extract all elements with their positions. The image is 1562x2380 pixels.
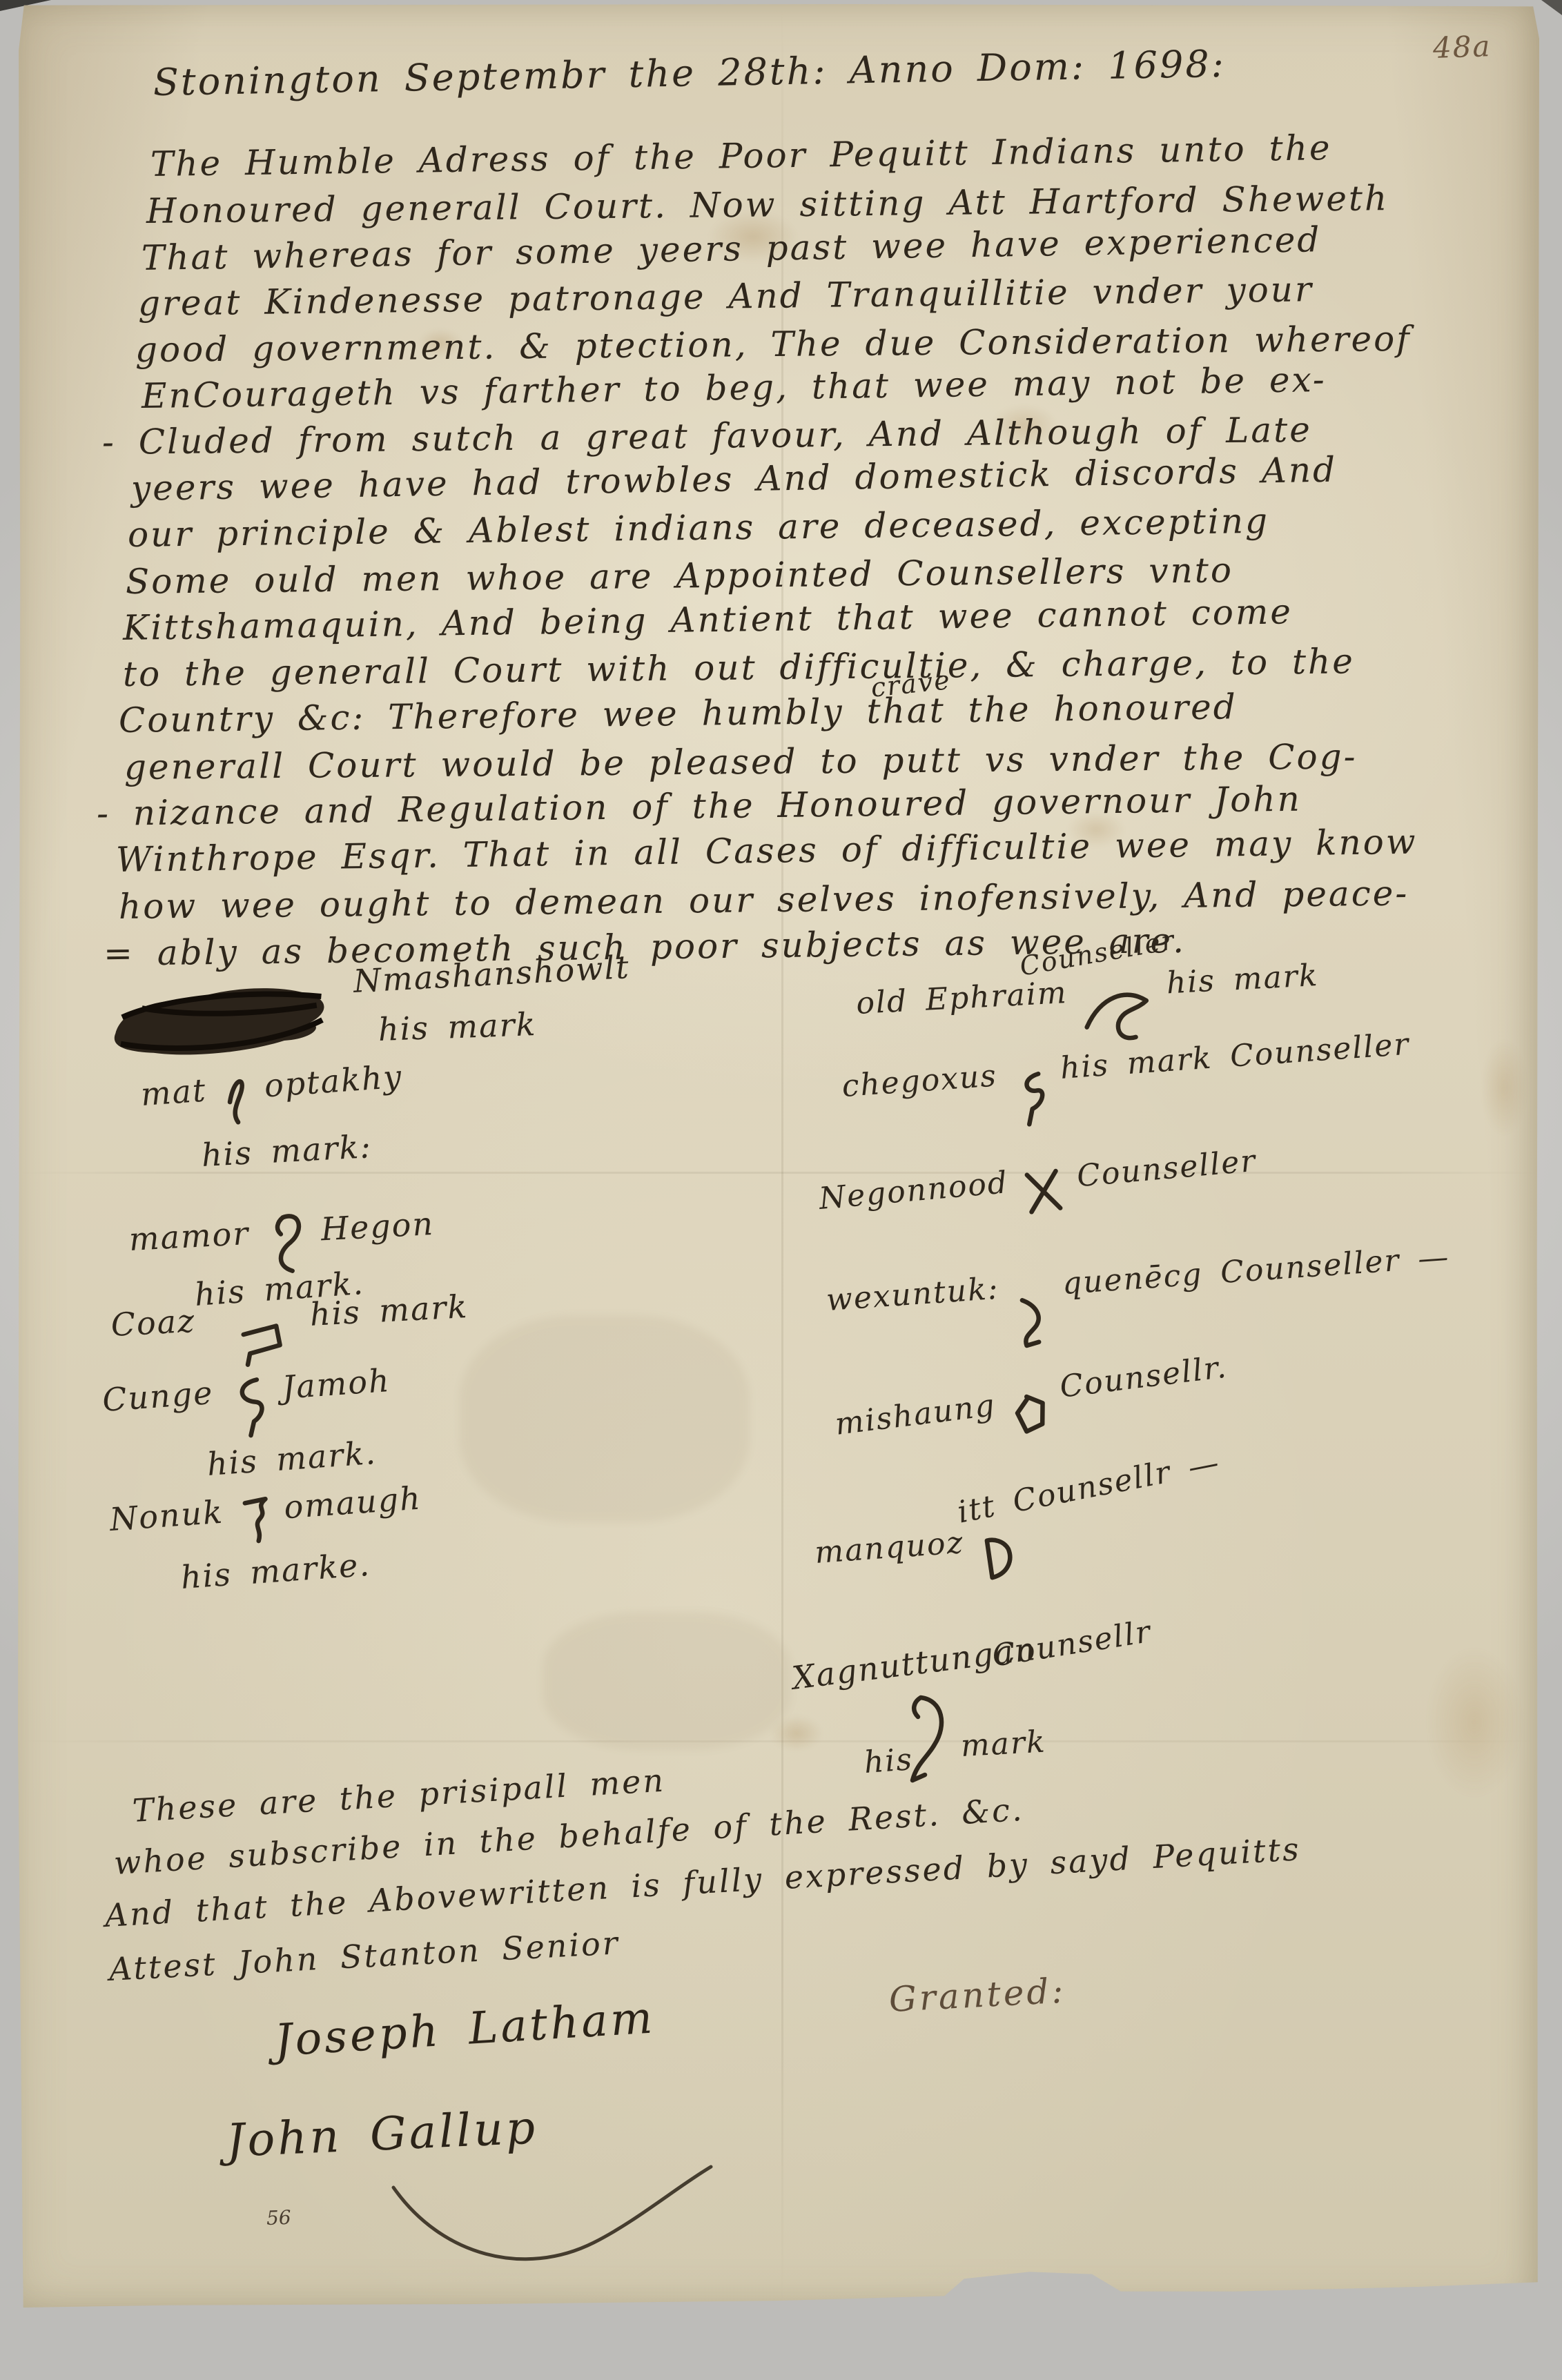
stain xyxy=(1426,1646,1523,1798)
crease xyxy=(18,1172,1539,1174)
witness-signature: John Gallup xyxy=(225,2103,538,2165)
signer-name: mamor xyxy=(128,1217,251,1256)
granted-note: Granted: xyxy=(888,1973,1067,2018)
archival-number: 56 xyxy=(266,2207,291,2229)
signature-mark-icon xyxy=(219,1072,253,1126)
signer-name: Hegon xyxy=(320,1207,435,1246)
signature-x-mark-icon xyxy=(1021,1165,1066,1217)
signature-mark-icon xyxy=(897,1692,955,1802)
stain xyxy=(1481,1039,1527,1136)
manuscript-photo: 48a Stonington Septembr the 28th: Anno D… xyxy=(0,0,1562,2380)
signature-mark-icon xyxy=(1013,1295,1053,1357)
signer-name: chegoxus xyxy=(841,1060,998,1103)
signature-mark-icon xyxy=(1008,1390,1052,1439)
signature-mark-icon xyxy=(262,1211,310,1277)
signer-name: omaugh xyxy=(283,1482,422,1524)
his-mark-label: his mark xyxy=(378,1007,537,1046)
signer-name: manquoz xyxy=(814,1527,965,1569)
signature-mark-icon xyxy=(1011,1068,1051,1133)
folio-number: 48a xyxy=(1432,31,1492,63)
signer-name: mat xyxy=(139,1073,208,1111)
signature-mark-icon xyxy=(237,1320,283,1368)
his-mark-label: his mark: xyxy=(201,1130,373,1172)
ink-bleedthrough xyxy=(460,1315,750,1522)
ink-bleedthrough xyxy=(543,1612,791,1750)
signature-mark-icon xyxy=(236,1495,273,1546)
his-mark-label: his mark xyxy=(1166,960,1320,1000)
scan-corner-shadow xyxy=(1541,0,1562,15)
signer-name: Jamoh xyxy=(281,1364,391,1404)
his-mark-label: his mark xyxy=(309,1290,469,1331)
signature-flourish xyxy=(387,2160,718,2284)
signature-mark-icon xyxy=(1081,978,1156,1048)
signature-mark-icon xyxy=(977,1533,1017,1586)
signer-name: Cunge xyxy=(101,1376,215,1417)
his-mark-label: mark xyxy=(960,1727,1047,1763)
signer-name: Coaz xyxy=(110,1304,196,1342)
signer-name: optakhy xyxy=(263,1060,403,1103)
signature-mark-icon xyxy=(226,1373,272,1439)
signer-name: Nonuk xyxy=(108,1495,224,1537)
